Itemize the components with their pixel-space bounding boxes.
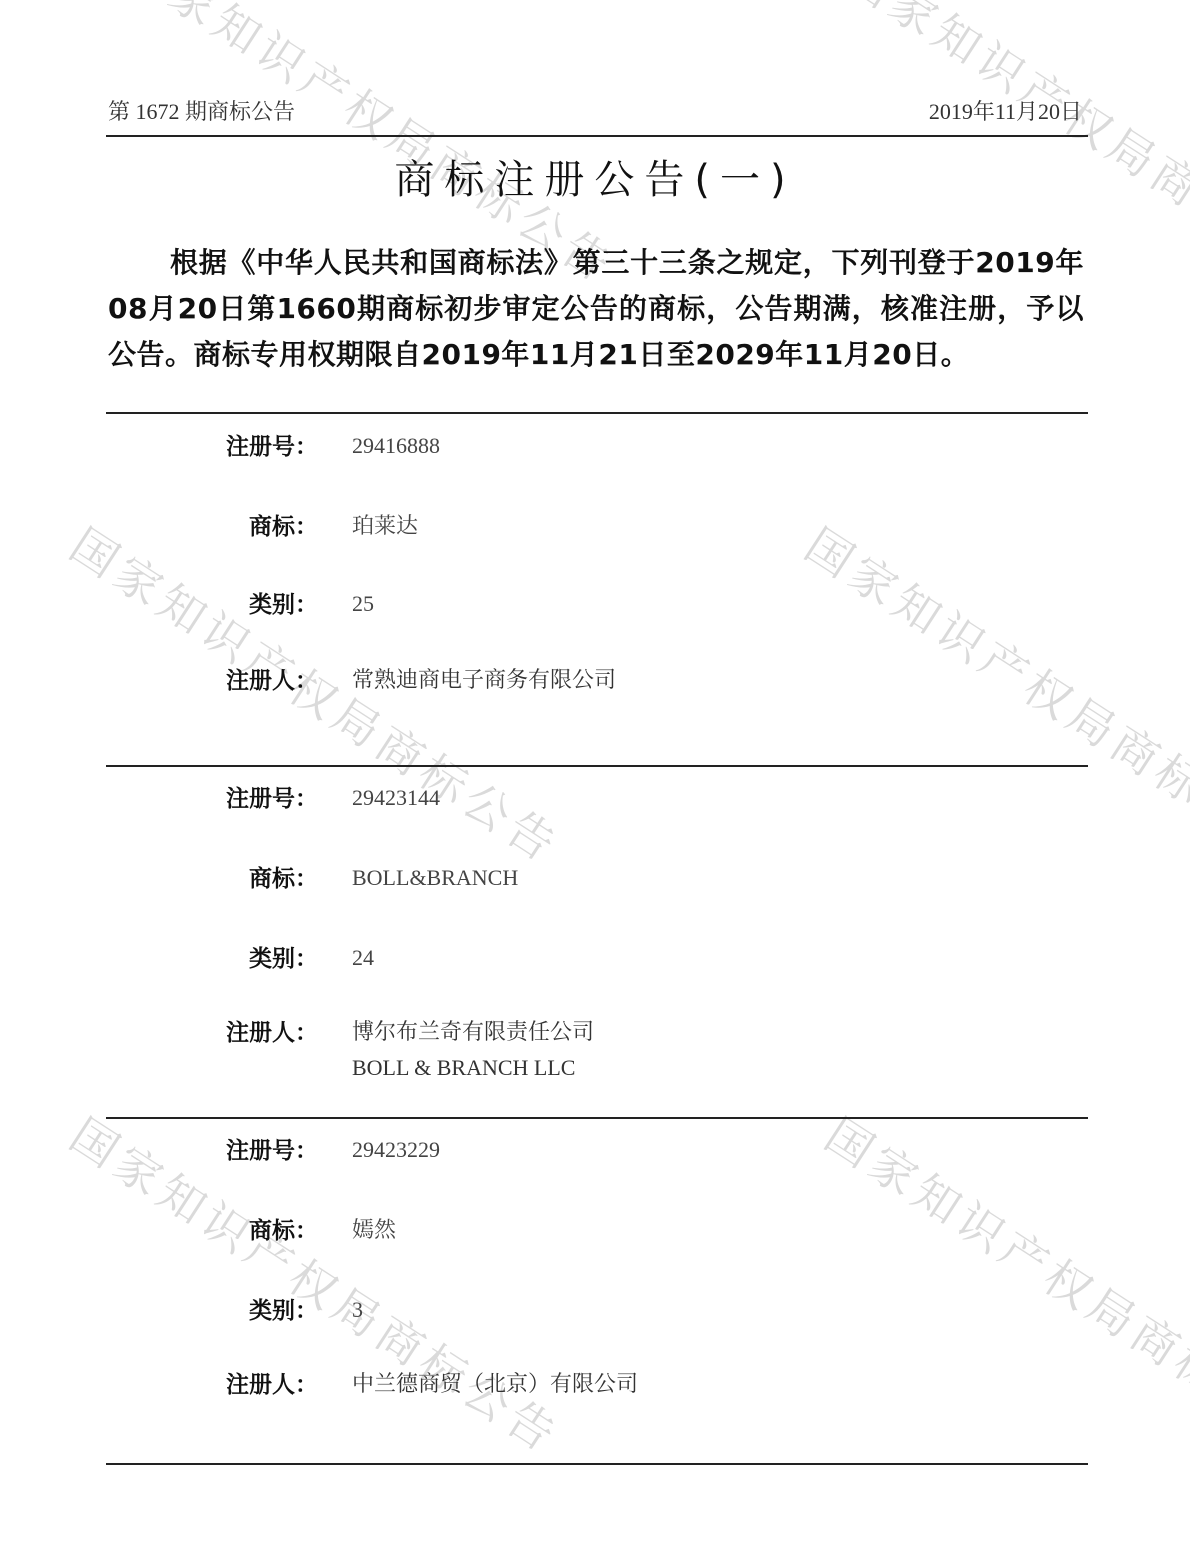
mark-row: 商标： 嫣然 (0, 1212, 1190, 1252)
class-value: 25 (352, 586, 374, 622)
mark-label: 商标： (178, 1212, 318, 1245)
reg-no-label: 注册号： (178, 1132, 318, 1165)
registrant-row: 注册人： 中兰德商贸（北京）有限公司 (0, 1366, 1190, 1406)
class-value: 3 (352, 1292, 363, 1328)
registrant-label: 注册人： (178, 1366, 318, 1399)
class-row: 类别： 24 (0, 940, 1190, 980)
reg-no-row: 注册号： 29416888 (0, 428, 1190, 468)
mark-value: 珀莱达 (352, 508, 418, 544)
publication-date: 2019年11月20日 (929, 95, 1082, 126)
mark-value: BOLL&BRANCH (352, 860, 518, 896)
registrant-label: 注册人： (178, 662, 318, 695)
registrant-value: 博尔布兰奇有限责任公司 BOLL & BRANCH LLC (352, 1014, 594, 1086)
mark-row: 商标： BOLL&BRANCH (0, 860, 1190, 900)
gazette-page: 国家知识产权局商标公告 国家知识产权局商标公告 国家知识产权局商标公告 国家知识… (0, 0, 1190, 1564)
preamble-paragraph: 根据《中华人民共和国商标法》第三十三条之规定，下列刊登于2019年08月20日第… (108, 240, 1084, 378)
reg-no-value: 29423144 (352, 780, 440, 816)
issue-number: 第 1672 期商标公告 (108, 95, 295, 126)
class-label: 类别： (178, 586, 318, 619)
registrant-name-en: BOLL & BRANCH LLC (352, 1050, 594, 1086)
registrant-name: 中兰德商贸（北京）有限公司 (352, 1366, 638, 1402)
running-header: 第 1672 期商标公告 2019年11月20日 (108, 95, 1082, 131)
section-divider (106, 1117, 1088, 1119)
reg-no-row: 注册号： 29423144 (0, 780, 1190, 820)
document-title: 商标注册公告(一) (0, 148, 1190, 205)
reg-no-value: 29416888 (352, 428, 440, 464)
class-row: 类别： 3 (0, 1292, 1190, 1332)
reg-no-row: 注册号： 29423229 (0, 1132, 1190, 1172)
registrant-name: 博尔布兰奇有限责任公司 (352, 1014, 594, 1050)
mark-label: 商标： (178, 860, 318, 893)
registrant-row: 注册人： 博尔布兰奇有限责任公司 BOLL & BRANCH LLC (0, 1014, 1190, 1054)
section-divider (106, 412, 1088, 414)
registrant-value: 常熟迪商电子商务有限公司 (352, 662, 616, 698)
header-rule (106, 135, 1088, 137)
mark-row: 商标： 珀莱达 (0, 508, 1190, 548)
registrant-label: 注册人： (178, 1014, 318, 1047)
reg-no-label: 注册号： (178, 780, 318, 813)
reg-no-label: 注册号： (178, 428, 318, 461)
registrant-value: 中兰德商贸（北京）有限公司 (352, 1366, 638, 1402)
registrant-name: 常熟迪商电子商务有限公司 (352, 662, 616, 698)
registrant-row: 注册人： 常熟迪商电子商务有限公司 (0, 662, 1190, 702)
mark-value: 嫣然 (352, 1212, 396, 1248)
section-divider (106, 765, 1088, 767)
reg-no-value: 29423229 (352, 1132, 440, 1168)
class-label: 类别： (178, 1292, 318, 1325)
section-divider (106, 1463, 1088, 1465)
mark-label: 商标： (178, 508, 318, 541)
class-value: 24 (352, 940, 374, 976)
class-label: 类别： (178, 940, 318, 973)
class-row: 类别： 25 (0, 586, 1190, 626)
